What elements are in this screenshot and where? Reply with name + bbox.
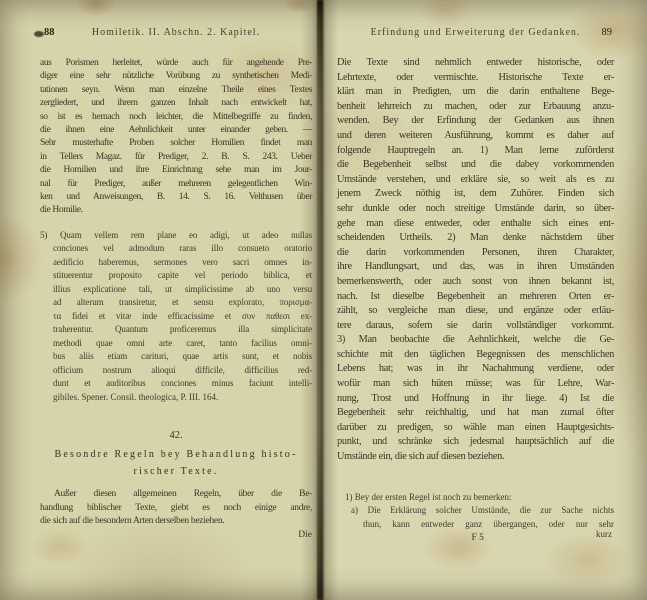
signature-mark: F 5 [472, 533, 484, 543]
running-header-left-title: Homiletik. II. Abschn. 2. Kapitel. [92, 27, 260, 38]
note-item-a: a) Die Erklärung solcher Umstände, die z… [351, 504, 614, 531]
body-text-right-last-line: Umstände ein, die sich auf diesen bezieh… [337, 450, 614, 465]
running-header-right-title: Erfindung und Erweiterung der Gedanken. [371, 27, 581, 38]
body-text-left-last-line: die Homilie. [40, 204, 312, 217]
section-number: 42. [40, 430, 312, 441]
signature-row: F 5 kurz [337, 533, 614, 547]
page-right: Erfindung und Erweiterung der Gedanken. … [318, 0, 647, 600]
book-spread-photo: 88 Homiletik. II. Abschn. 2. Kapitel. au… [0, 0, 647, 600]
section-heading: Besondre Regeln bey Behandlung histo- ri… [40, 446, 312, 480]
page-number-left: 88 [44, 27, 55, 38]
note-intro: 1) Bey der ersten Regel ist noch zu beme… [337, 491, 614, 505]
section-paragraph: Außer diesen allgemeinen Regeln, über di… [40, 488, 312, 515]
section-paragraph-last-line: die sich auf die besondern Arten derselb… [40, 515, 312, 528]
footnote-latin: 5) Quam vellem rem plane eo adigi, ut ad… [40, 229, 312, 391]
section-heading-line-1: Besondre Regeln bey Behandlung histo- [40, 446, 312, 463]
page-left: 88 Homiletik. II. Abschn. 2. Kapitel. au… [0, 0, 318, 600]
running-head-right: Erfindung und Erweiterung der Gedanken. … [337, 27, 614, 41]
section-heading-line-2: rischer Texte. [40, 463, 312, 480]
body-text-right: Die Texte sind nehmlich entweder histori… [337, 56, 614, 450]
footnote-latin-last-line: gibiles. Spener. Consil. theologica, P. … [40, 391, 312, 405]
catchword-right: kurz [596, 529, 612, 539]
running-head-left: 88 Homiletik. II. Abschn. 2. Kapitel. [40, 27, 312, 41]
page-number-right: 89 [602, 27, 613, 38]
catchword-left: Die [40, 529, 312, 542]
body-text-left: aus Porismen herleitet, würde auch für a… [40, 57, 312, 204]
